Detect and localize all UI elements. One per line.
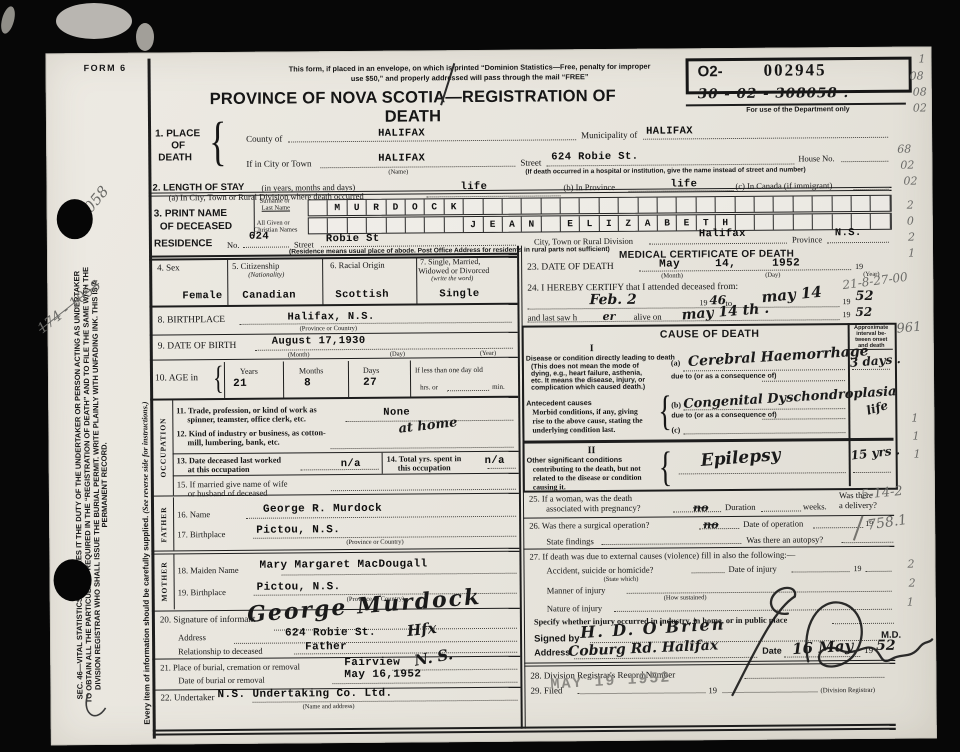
informant-address-handwritten: Hfx [406,619,437,640]
stay-b-value: life [670,178,697,190]
grid-cell [386,218,406,233]
margin-pencil: 1 [914,448,921,461]
disease-label: complication which caused death.) [531,384,645,392]
total-years-value: n/a [485,455,505,467]
autopsy-label: Was there an autopsy? [746,534,823,545]
how-sustained-note: (How sustained) [664,594,707,601]
year-19: 19 [864,645,873,655]
grid-cell [425,217,445,232]
grid-cell [599,198,619,213]
page-title: PROVINCE OF NOVA SCOTIA—REGISTRATION OF … [183,87,643,129]
days-label: Days [363,366,380,375]
birthplace-label: 8. BIRTHPLACE [158,315,226,326]
signed-year-handwritten: 52 [876,638,896,654]
grid-cell [348,218,368,233]
stub-legal-text: SEC. 46—VITAL STATISTICS ACT MAKES IT TH… [73,265,112,705]
cause-of-death-title: CAUSE OF DEATH [580,327,840,341]
roman-one: I [590,343,594,354]
min-label: min. [492,383,505,391]
total-years-label2: this occupation [398,463,451,472]
date-of-death-year: 1952 [772,257,800,269]
print-name-label: 3. PRINT NAME [154,208,227,220]
grid-cell [755,197,775,212]
margin-pencil: 1 [918,52,925,65]
grid-cell [638,198,658,213]
punch-hole [57,199,93,239]
year-19: 19 [842,297,850,306]
day-note: (Day) [390,351,405,358]
division-registrar-note: (Division Registrar) [820,687,875,694]
grid-cell: L [580,216,600,231]
residence-city-label: City, Town or Rural Division [534,236,633,247]
municipality-value: HALIFAX [646,125,693,137]
sex-label: 4. Sex [157,262,180,272]
margin-pencil: 02 [903,175,917,188]
supply-note-italic: (See reverse side for instructions.) [140,401,150,515]
grid-cell: C [425,199,445,214]
year-note: (Year) [480,350,496,357]
grid-cell: A [638,216,658,231]
cause-a-prefix: (a) [671,358,680,367]
grid-cell [541,198,561,213]
residence-no-label: No. [227,240,240,250]
relationship-value: Father [305,641,347,653]
industry-label2: mill, lumbering, bank, etc. [187,438,279,448]
grid-cell: I [600,216,620,231]
pregnancy-answer-handwritten: no [693,501,708,514]
state-findings-label: State findings [546,536,594,546]
registration-number-prefix: O2- [698,63,723,80]
physician-address-label: Address [534,647,570,657]
county-value: HALIFAX [378,127,425,139]
document-paper: FORM 6 SEC. 46—VITAL STATISTICS ACT MAKE… [0,0,960,752]
residence-city-value: Halifax [699,228,746,240]
grid-cell [561,198,581,213]
city-town-value: HALIFAX [378,152,425,164]
undertaker-note: (Name and address) [303,703,355,710]
place-of-death-label: 1. PLACE [155,128,200,139]
date-of-birth-label: 9. DATE OF BIRTH [158,341,237,352]
margin-pencil: 2 [909,577,916,590]
registration-number: 002945 [764,60,827,80]
grid-cell [716,197,736,212]
grid-cell [328,218,348,233]
form-number: FORM 6 [84,63,127,73]
citizenship-sublabel: (Nationality) [248,271,284,279]
duration-label: Duration [725,502,756,512]
margin-pencil: 1 [908,247,915,260]
informant-address-value: 624 Robie St. [285,627,376,640]
grid-cell [793,196,813,211]
grid-cell [309,218,329,233]
grid-cell [677,197,697,212]
weeks-label: weeks. [803,501,827,511]
grid-cell [619,198,639,213]
brace: { [209,109,227,172]
grid-cell: K [444,199,464,214]
date-of-injury-label: Date of injury [728,564,776,574]
date-of-death-label: 23. DATE OF DEATH [527,262,614,273]
marital-label: 7. Single, Married, [420,257,480,266]
year-19: 19 [855,262,863,271]
birthplace-value: Halifax, N.S. [287,311,374,324]
racial-origin-value: Scottish [335,289,389,301]
medical-certificate-title: MEDICAL CERTIFICATE OF DEATH [559,248,854,261]
brace: { [213,359,224,398]
other-conditions-label3: related to the disease or condition [533,473,642,483]
residence-province-value: N.S. [835,227,862,239]
death-certificate-scan: FORM 6 SEC. 46—VITAL STATISTICS ACT MAKE… [0,0,960,752]
grid-cell: O [406,199,426,214]
place-of-death-label: OF [171,140,185,151]
brace: { [659,444,673,492]
residence-street-value: Robie St [326,233,380,245]
residence-province-label: Province [792,234,822,244]
grid-cell: B [658,215,678,230]
county-label: County of [246,134,282,144]
grid-cell [871,214,891,229]
surname-label: Last Name [262,204,290,211]
father-birthplace-note: (Province or Country) [346,539,403,546]
manner-of-injury-label: Manner of injury [547,585,606,595]
grid-cell: Z [619,216,639,231]
stay-a-value: life [460,181,487,193]
cause-b-prefix: (b) [671,400,681,409]
grid-cell [309,200,329,215]
grid-cell [522,199,542,214]
grid-cell: R [367,200,387,215]
margin-pencil: 2 [907,199,914,212]
dotted-line [866,571,892,572]
other-conditions-label4: causing it. [533,482,566,491]
stay-c-label: (c) In Canada (if immigrant) [735,180,832,191]
supply-note-bold: Every item of information should be care… [141,516,152,725]
grid-cell: U [347,200,367,215]
grid-cell [658,197,678,212]
hrs-label: hrs. or [420,383,438,391]
margin-pencil: 0 [907,215,914,228]
father-name-value: George R. Murdock [263,503,382,516]
burial-place-value: Fairview [344,657,400,669]
year-19: 19 [853,564,861,573]
days-value: 27 [363,377,377,389]
occupation-label2: spinner, teamster, office clerk, etc. [187,414,306,424]
grid-cell: E [561,216,581,231]
grid-cell [813,196,833,211]
margin-pencil: 02 [913,101,927,114]
due-to-label: due to (or as a consequence of) [671,373,776,381]
name-note: (Name) [388,169,408,176]
month-note: (Month) [661,272,683,279]
accident-label: Accident, suicide or homicide? [546,565,653,576]
citizenship-value: Canadian [242,289,296,301]
street-label: Street [520,158,541,168]
grid-cell [367,218,387,233]
due-to-label: due to (or as a consequence of) [671,412,776,420]
occupation-value: None [383,407,410,419]
father-birthplace-value: Pictou, N.S. [256,524,340,537]
father-side-label: FATHER [159,499,168,549]
racial-origin-label: 6. Racial Origin [330,260,385,270]
year-19: 19 [842,310,850,319]
grid-cell [464,199,484,214]
mother-maiden-name-value: Mary Margaret MacDougall [259,558,427,571]
date-label: Date [762,646,782,656]
age-label: 10. AGE in [155,373,198,383]
registration-number-handwritten: 30 - 02 - 308058 . [698,85,849,102]
print-name-label: OF DECEASED [160,221,232,233]
citizenship-label: 5. Citizenship [232,261,279,271]
municipality-label: Municipality of [581,130,637,140]
grid-cell [813,214,833,229]
operation-date-label: Date of operation [743,518,803,528]
brace: { [658,388,672,436]
grid-cell: E [677,215,697,230]
margin-pencil: 02 [900,159,914,172]
spouse-label2: or husband of deceased [188,488,268,499]
father-birthplace-label: 17. Birthplace [177,529,225,539]
punch-hole [53,559,91,601]
place-of-death-label: DEATH [158,152,192,163]
margin-pencil: 1 [911,412,918,425]
informant-label: 20. Signature of informant [160,614,256,625]
mother-birthplace-label: 19. Birthplace [178,587,226,597]
less-than-day-label: If less than one day old [415,365,483,375]
burial-date-label: Date of burial or removal [178,675,264,686]
pencil-961: 961 [896,319,922,336]
grid-cell [794,214,814,229]
marital-value: Single [439,288,479,300]
mother-maiden-name-label: 18. Maiden Name [177,565,238,575]
burial-date-value: May 16,1952 [344,668,421,681]
marital-sublabel: (write the word) [431,275,473,282]
months-label: Months [299,366,324,375]
signed-date-handwritten: 16 May [792,636,854,658]
last-worked-label2: at this occupation [188,465,250,474]
margin-pencil: 68 [897,143,911,156]
margin-pencil: 2 [907,558,914,571]
house-no-label: House No. [798,153,834,163]
state-which-note: (State which) [604,576,639,583]
grid-cell: A [503,217,523,232]
date-of-death-month: May [659,258,680,270]
date-of-death-day: 14, [715,258,736,270]
sex-value: Female [182,290,222,302]
grid-cell [871,196,891,211]
attended-from-handwritten: Feb. 2 [589,292,636,308]
last-worked-label: 13. Date deceased last worked [177,456,281,466]
margin-pencil: 08 [910,70,924,83]
last-saw-year-handwritten: 52 [855,305,872,319]
margin-pencil: 2 [908,231,915,244]
occupation-side-label: OCCUPATION [158,402,168,492]
birthplace-note: (Province or Country) [300,325,357,332]
undertaker-value: N.S. Undertaking Co. Ltd. [217,688,392,701]
grid-cell [503,199,523,214]
residence-no-value: 624 [249,231,269,243]
year-19: 19 [708,685,717,695]
cause-c-prefix: (c) [671,425,680,434]
years-value: 21 [233,378,247,390]
grid-cell [406,217,426,232]
margin-pencil: 1 [907,596,914,609]
city-town-label: If in City or Town [246,158,311,169]
antecedent-label4: underlying condition last. [532,425,615,435]
grid-cell [580,198,600,213]
grid-cell [832,196,852,211]
stay-b-label: (b) In Province [563,182,615,192]
father-name-label: 16. Name [177,509,210,519]
month-note: (Month) [288,351,310,358]
grid-cell [696,197,716,212]
informant-address-label: Address [178,632,206,642]
operation-answer-handwritten: no [703,518,718,531]
grid-cell [735,197,755,212]
grid-cell [541,216,561,231]
disease-label: Disease or condition directly leading to… [526,354,675,362]
grid-cell [774,197,794,212]
operation-label: 26. Was there a surgical operation? [529,520,649,531]
grid-cell [444,217,464,232]
grid-cell: M [328,200,348,215]
margin-pencil: 1 [912,430,919,443]
grid-cell: D [386,200,406,215]
pregnancy-label2: associated with pregnancy? [546,503,641,514]
street-value: 624 Robie St. [551,151,638,164]
nature-of-injury-label: Nature of injury [547,603,602,613]
grid-cell: E [483,217,503,232]
dotted-line [488,468,516,469]
grid-cell [852,196,872,211]
antecedent-label3: rise to the above cause, stating the [532,416,642,426]
mother-side-label: MOTHER [159,554,168,608]
undertaker-label: 22. Undertaker [160,692,214,702]
years-label: Years [240,367,258,376]
grid-cell: J [464,217,484,232]
relationship-label: Relationship to deceased [178,646,263,657]
residence-label: RESIDENCE [154,238,212,249]
external-causes-label: 27. If death was due to external causes … [529,550,795,562]
margin-pencil: 08 [913,85,927,98]
day-note: (Day) [765,272,780,279]
grid-cell [483,199,503,214]
months-value: 8 [304,377,311,389]
marital-label: Widowed or Divorced [418,266,489,276]
mother-birthplace-value: Pictou, N.S. [257,581,341,594]
burial-place-label: 21. Place of burial, cremation or remova… [160,661,300,672]
grid-cell [774,215,794,230]
date-of-birth-value: August 17,1930 [272,335,366,348]
grid-cell: N [522,217,542,232]
rule [382,453,383,474]
to-year-handwritten: 52 [855,289,873,304]
grid-cell [755,215,775,230]
